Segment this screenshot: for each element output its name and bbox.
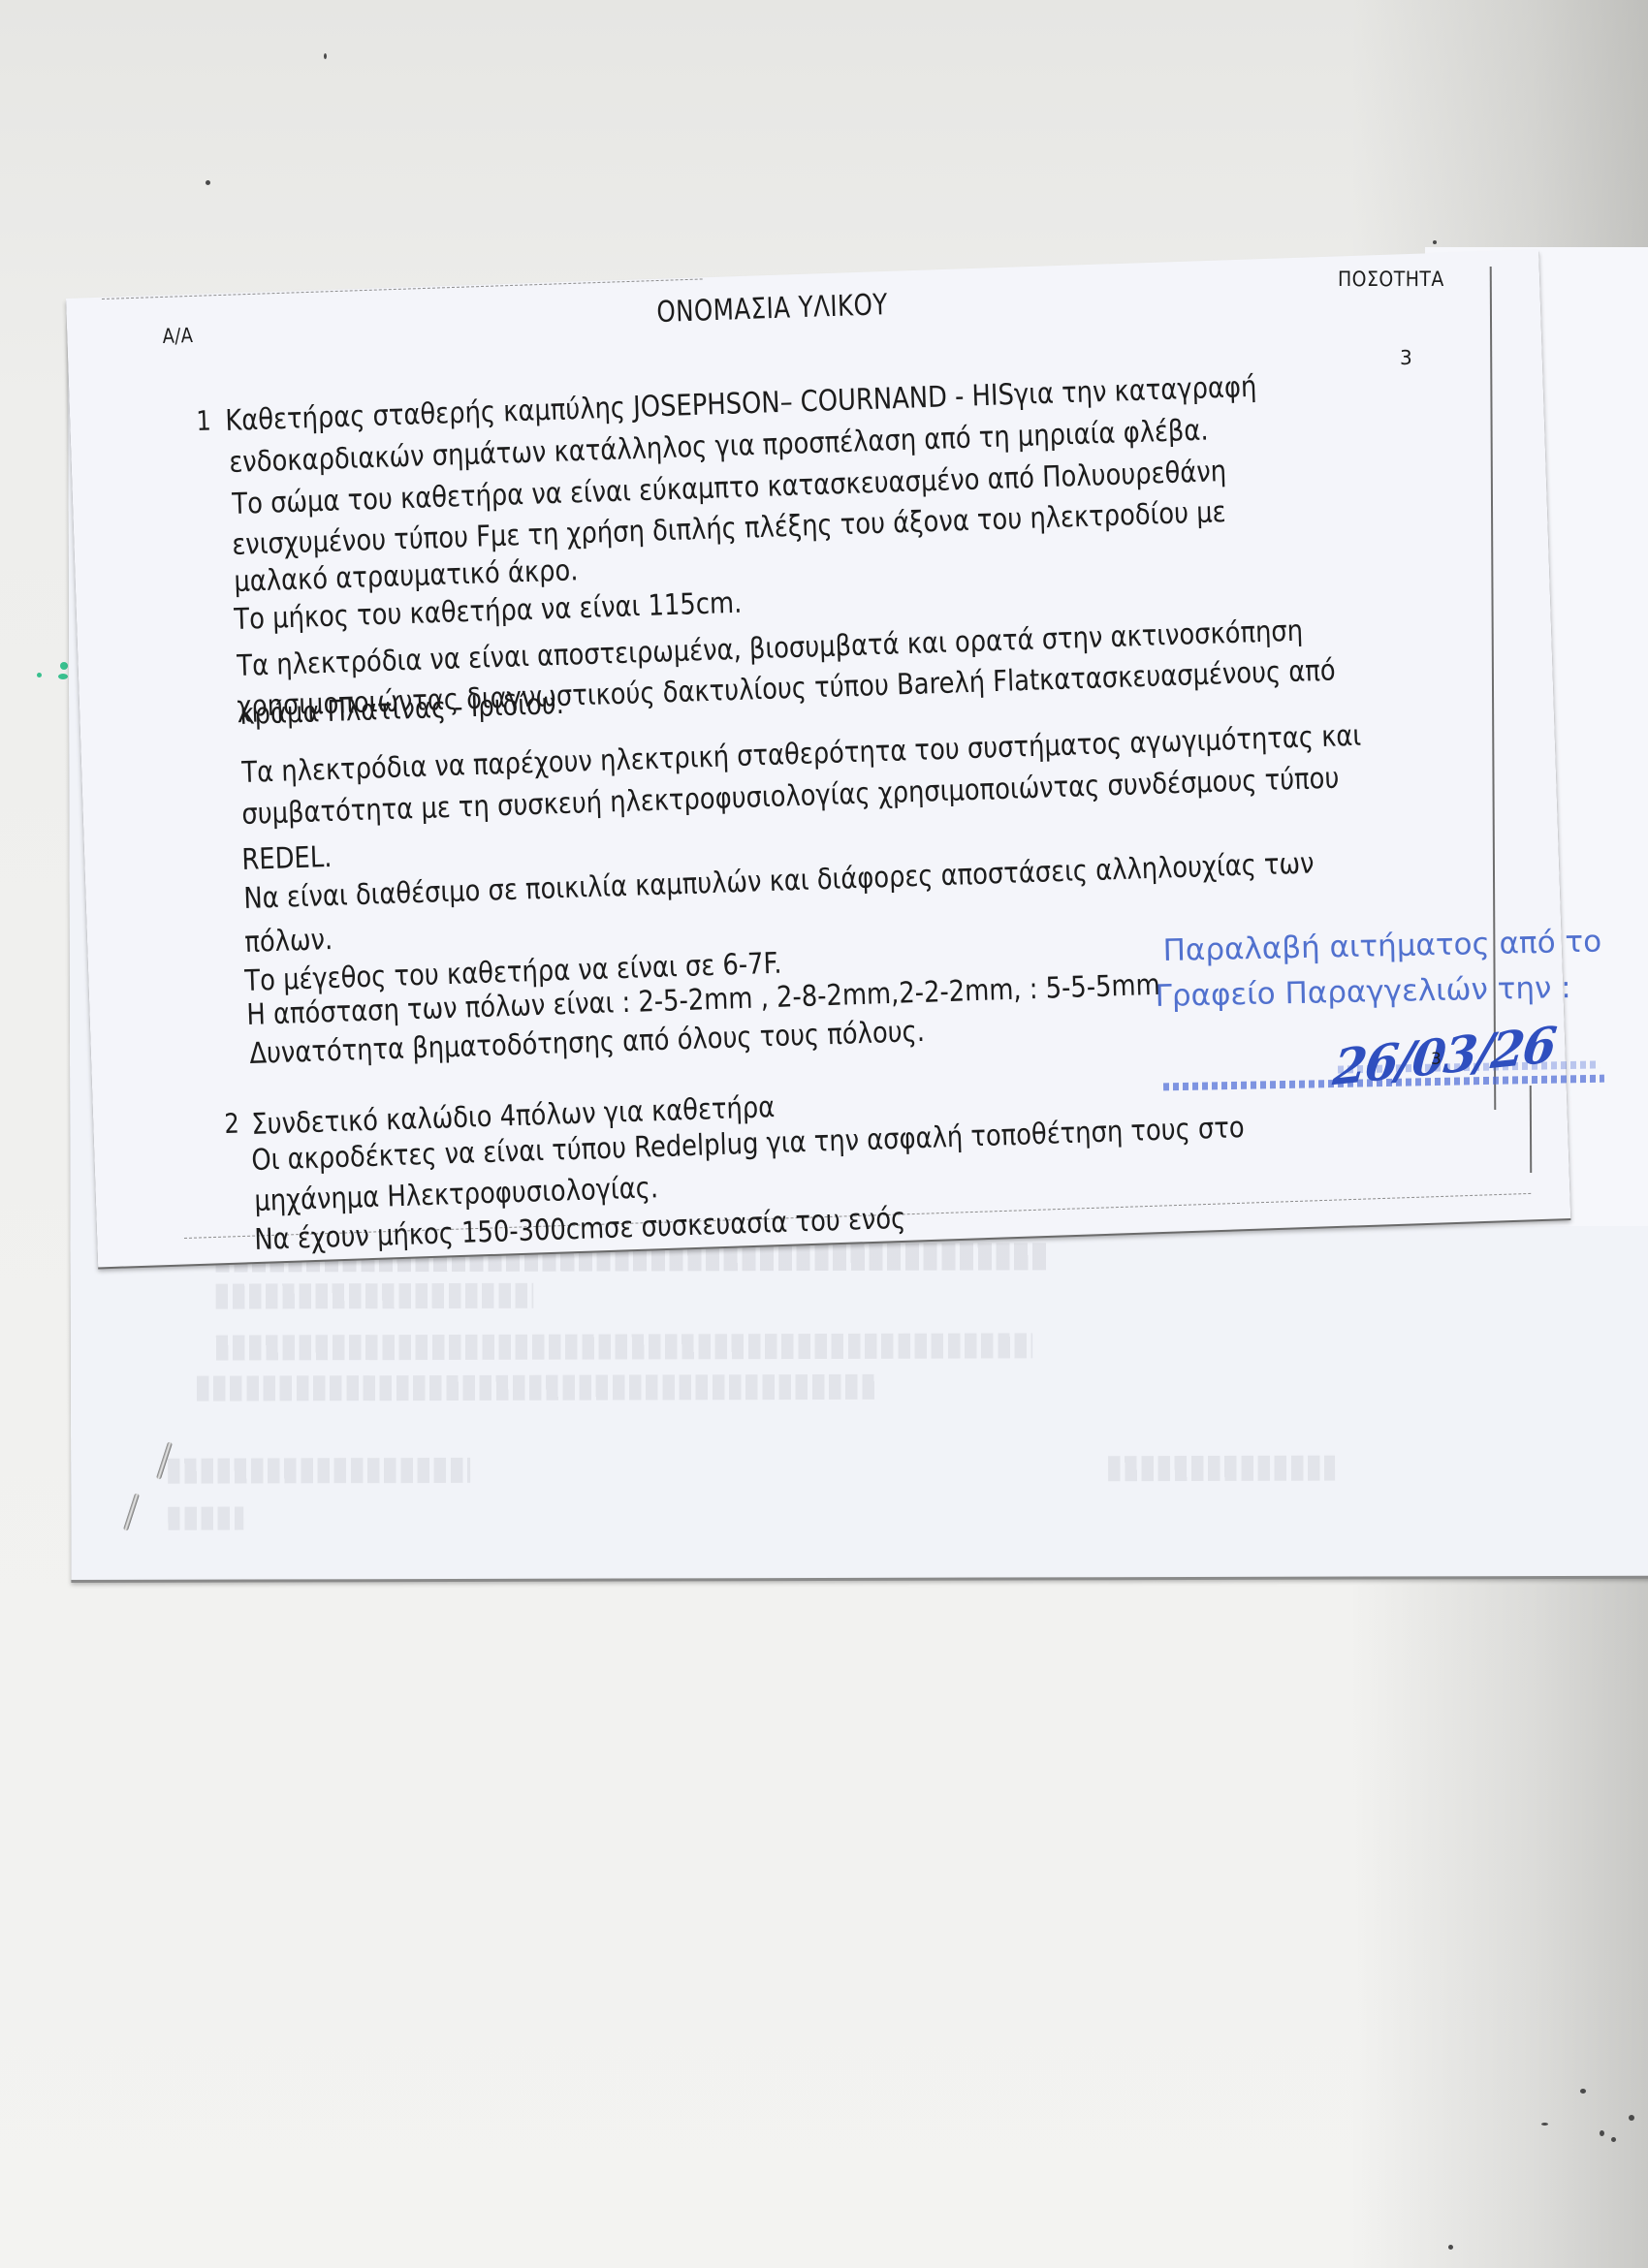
show-through-text <box>216 1283 534 1309</box>
show-through-text <box>197 1374 877 1402</box>
ink-mark <box>60 662 68 670</box>
item-1-line: REDEL. <box>241 840 333 877</box>
show-through-text <box>216 1333 1032 1360</box>
item-2-number: 2 <box>224 1108 239 1140</box>
item-1-line: πόλων. <box>244 923 333 960</box>
quantity-column-header: ΠΟΣΟΤΗΤΑ <box>1338 268 1444 291</box>
show-through-text <box>168 1507 243 1530</box>
dust-speck <box>1580 2089 1586 2094</box>
item-1-quantity: 3 <box>1400 346 1412 369</box>
dust-speck <box>1629 2115 1634 2121</box>
dust-speck <box>1600 2130 1604 2136</box>
dust-speck <box>206 180 210 185</box>
item-1-number: 1 <box>196 405 211 437</box>
index-column-header: Α/Α <box>162 324 193 348</box>
ink-mark <box>37 673 42 677</box>
dust-speck <box>324 53 327 59</box>
dust-speck <box>1448 2245 1453 2250</box>
show-through-text <box>168 1458 470 1484</box>
dust-speck <box>1611 2137 1616 2142</box>
dust-speck <box>1433 240 1437 244</box>
item-2-quantity: 3 <box>1431 1050 1442 1069</box>
show-through-text <box>1108 1456 1335 1482</box>
dust-speck <box>1541 2123 1548 2126</box>
ink-mark <box>58 674 68 679</box>
